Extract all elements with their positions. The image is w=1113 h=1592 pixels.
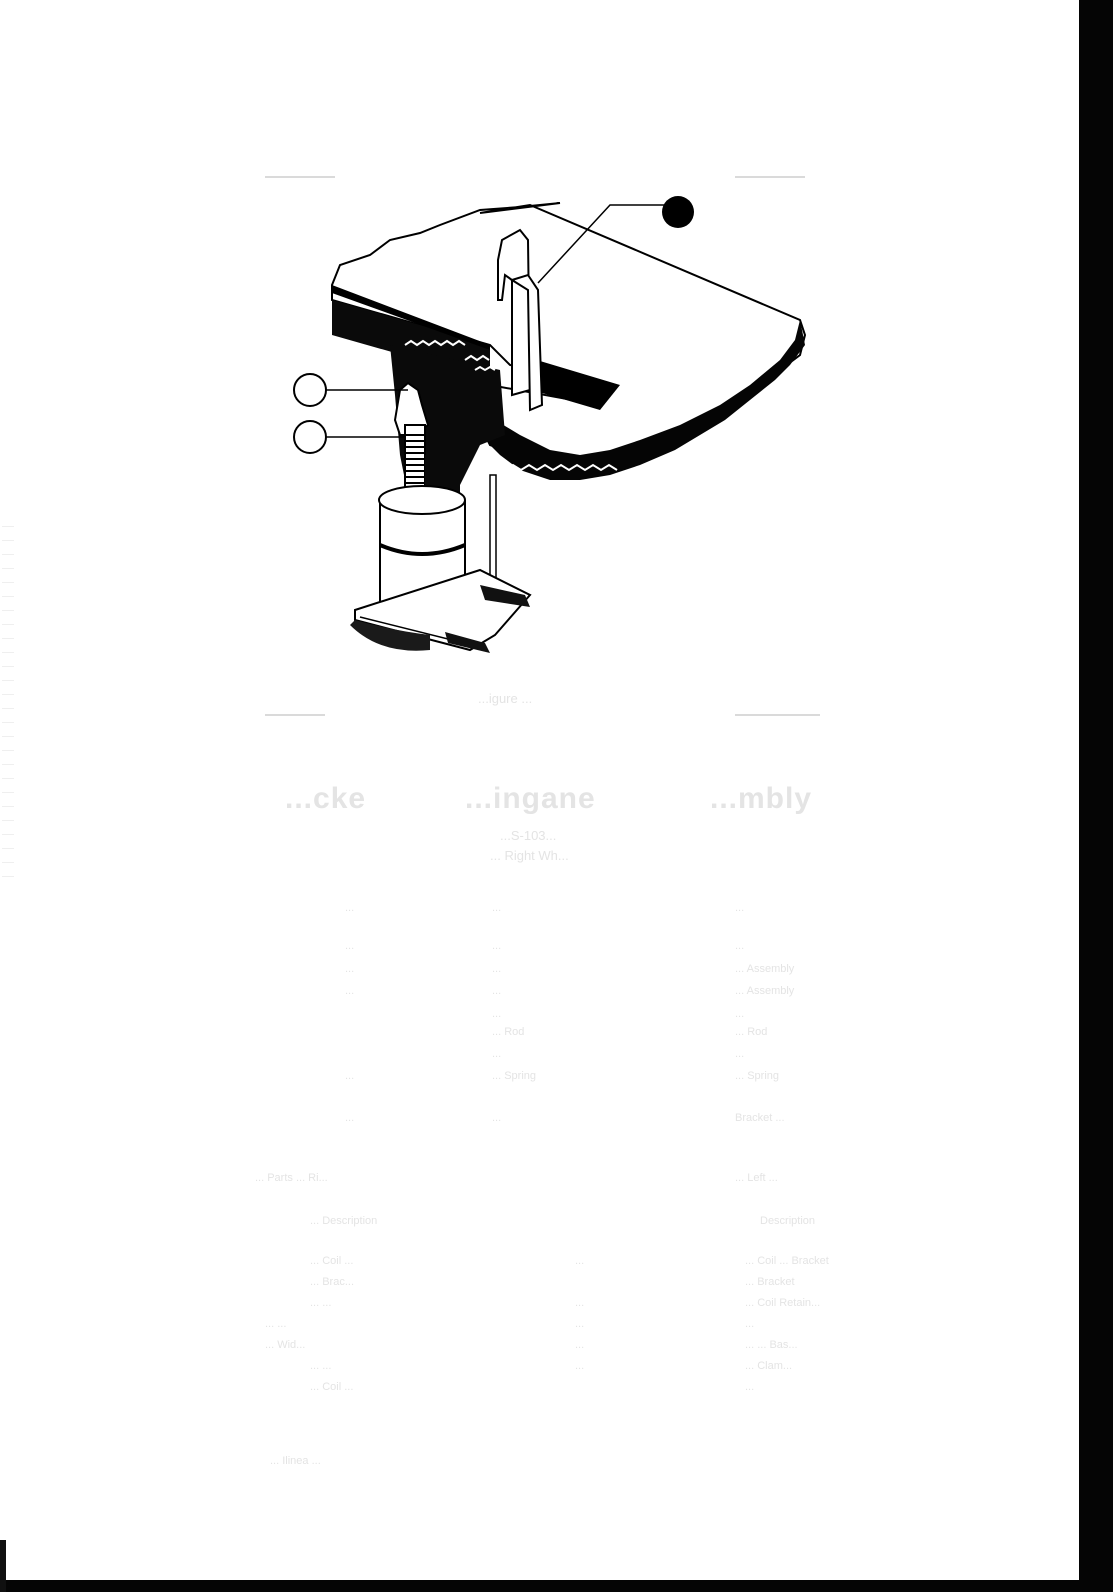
header-rule-left <box>265 176 335 178</box>
t1-cell: ... <box>735 1008 744 1020</box>
t1-cell: ... <box>345 963 354 975</box>
t1-cell: ... Spring <box>492 1070 536 1082</box>
t2-cell: ... <box>575 1339 584 1351</box>
section2-right-heading: ... Left ... <box>735 1172 778 1184</box>
callout-filled-icon <box>662 196 694 228</box>
t2-cell: ... <box>745 1381 754 1393</box>
t2-cell: ... Coil Retain... <box>745 1297 820 1309</box>
t1-cell: ... Spring <box>735 1070 779 1082</box>
title-fragment-3: ...mbly <box>710 782 812 816</box>
t1-cell: ... Assembly <box>735 963 794 975</box>
t2-cell: ... ... <box>265 1318 286 1330</box>
section2-right-col-header: Description <box>760 1215 815 1227</box>
callout-1-icon <box>294 374 326 406</box>
caption-rule-right <box>735 714 820 716</box>
scan-right-border <box>1079 0 1113 1592</box>
title-fragment-2: ...ingane <box>465 782 596 816</box>
t1-cell: ... <box>735 902 744 914</box>
scan-left-edge <box>0 1540 6 1592</box>
t2-cell: ... <box>575 1318 584 1330</box>
figure-caption: ...igure ... <box>478 691 532 706</box>
t2-cell: ... <box>745 1318 754 1330</box>
t1-cell: ... <box>345 940 354 952</box>
t2-cell: ... Brac... <box>310 1276 354 1288</box>
t1-cell: ... <box>345 985 354 997</box>
t2-cell: ... <box>575 1297 584 1309</box>
title-fragment-1: ...cke <box>285 782 366 816</box>
t1-cell: ... <box>345 1070 354 1082</box>
t2-cell: ... ... <box>310 1360 331 1372</box>
t1-cell: ... <box>345 1112 354 1124</box>
t2-cell: ... ... Bas... <box>745 1339 798 1351</box>
t1-cell: ... <box>492 940 501 952</box>
scanned-document-page: ...igure ... ...cke ...ingane ...mbly ..… <box>0 0 1113 1592</box>
t1-cell: ... <box>492 985 501 997</box>
t1-cell: ... <box>345 902 354 914</box>
t1-cell: ... <box>735 1048 744 1060</box>
section2-left-col-header: ... Description <box>310 1215 377 1227</box>
t1-cell: ... <box>492 1112 501 1124</box>
t1-cell: ... <box>492 902 501 914</box>
t2-cell: ... Wid... <box>265 1339 305 1351</box>
t2-cell: ... Clam... <box>745 1360 792 1372</box>
t2-cell: ... Bracket <box>745 1276 795 1288</box>
subtitle-2: ... Right Wh... <box>490 848 569 863</box>
t1-cell: ... <box>492 1048 501 1060</box>
t2-cell: ... Coil ... <box>310 1381 353 1393</box>
t1-cell: ... Assembly <box>735 985 794 997</box>
mechanical-assembly-diagram <box>280 195 840 675</box>
t2-cell: ... Coil ... <box>310 1255 353 1267</box>
t1-cell: Bracket ... <box>735 1112 785 1124</box>
t1-cell: ... <box>492 963 501 975</box>
caption-rule-left <box>265 714 325 716</box>
t2-cell: ... Coil ... Bracket <box>745 1255 829 1267</box>
header-rule-right <box>735 176 805 178</box>
t1-cell: ... <box>735 940 744 952</box>
t1-cell: ... Rod <box>735 1026 767 1038</box>
t2-cell: ... <box>575 1360 584 1372</box>
t2-cell: ... ... <box>310 1297 331 1309</box>
subtitle-1: ...S-103... <box>500 828 556 843</box>
scan-bottom-border <box>0 1580 1113 1592</box>
t1-cell: ... Rod <box>492 1026 524 1038</box>
t1-cell: ... <box>492 1008 501 1020</box>
scan-left-noise <box>2 520 14 880</box>
footer-text: ... Ilinea ... <box>270 1455 321 1467</box>
section2-left-heading: ... Parts ... Ri... <box>255 1172 328 1184</box>
t2-cell: ... <box>575 1255 584 1267</box>
callout-2-icon <box>294 421 326 453</box>
